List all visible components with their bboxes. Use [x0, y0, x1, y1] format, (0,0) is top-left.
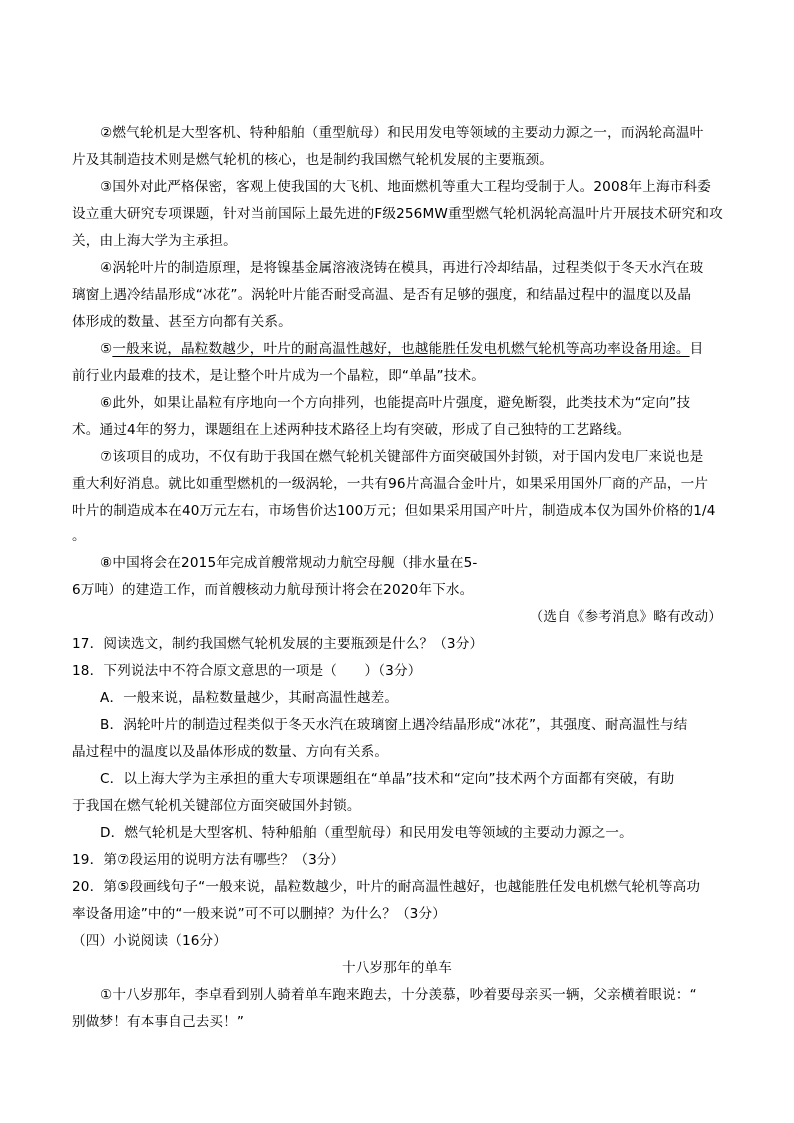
article-line: ②燃气轮机是大型客机、特种船舶（重型航母）和民用发电等领域的主要动力源之一，而涡… — [72, 123, 750, 143]
option-b: B．涡轮叶片的制造过程类似于冬天水汽在玻璃窗上遇冷结晶形成“冰花”，其强度、耐高… — [72, 715, 750, 735]
paragraph-5-line2: 前行业内最难的技术，是让整个叶片成为一个晶粒，即“单晶”技术。 — [72, 366, 722, 386]
article-line: 叶片的制造成本在40万元左右，市场售价达100万元；但如果采用国产叶片，制造成本… — [72, 501, 722, 521]
article-line: 片及其制造技术则是燃气轮机的核心，也是制约我国燃气轮机发展的主要瓶颈。 — [72, 150, 722, 170]
paragraph-marker: ⑤ — [100, 341, 112, 357]
article-line: 璃窗上遇冷结晶形成“冰花”。涡轮叶片能否耐受高温、是否有足够的强度，和结晶过程中… — [72, 285, 722, 305]
paragraph-tail: 目 — [690, 341, 704, 357]
option-d: D．燃气轮机是大型客机、特种船舶（重型航母）和民用发电等领域的主要动力源之一。 — [72, 823, 750, 843]
option-c: C．以上海大学为主承担的重大专项课题组在“单晶”技术和“定向”技术两个方面都有突… — [72, 769, 750, 789]
story-paragraph-1: ①十八岁那年，李卓看到别人骑着单车跑来跑去，十分羡慕，吵着要母亲买一辆，父亲横着… — [72, 985, 750, 1005]
question-20: 20．第⑤段画线句子“一般来说，晶粒数越少，叶片的耐高温性越好，也越能胜任发电机… — [72, 877, 722, 897]
article-line: 6万吨）的建造工作，而首艘核动力航母预计将会在2020年下水。 — [72, 580, 722, 600]
source-citation: （选自《参考消息》略有改动） — [72, 607, 722, 627]
article-line: 关，由上海大学为主承担。 — [72, 231, 722, 251]
article-line: 重大利好消息。就比如重型燃机的一级涡轮，一共有96片高温合金叶片，如果采用国外厂… — [72, 474, 722, 494]
article-line: 术。通过4年的努力，课题组在上述两种技术路径上均有突破，形成了自己独特的工艺路线… — [72, 420, 722, 440]
option-c-cont: 于我国在燃气轮机关键部位方面突破国外封锁。 — [72, 796, 722, 816]
article-line: ⑧中国将会在2015年完成首艘常规动力航空母舰（排水量在5- — [72, 553, 750, 573]
question-20-cont: 率设备用途”中的“一般来说”可不可以删掉？为什么？（3分） — [72, 904, 722, 924]
article-line: ④涡轮叶片的制造原理，是将镍基金属溶液浇铸在模具，再进行冷却结晶，过程类似于冬天… — [72, 258, 750, 278]
underlined-sentence: 一般来说，晶粒数越少，叶片的耐高温性越好，也越能胜任发电机燃气轮机等高功率设备用… — [112, 341, 689, 357]
story-title: 十八岁那年的单车 — [72, 958, 722, 978]
article-line: 体形成的数量、甚至方向都有关系。 — [72, 312, 722, 332]
article-line: 。 — [72, 526, 722, 546]
article-line: ③国外对此严格保密，客观上使我国的大飞机、地面燃机等重大工程均受制于人。2008… — [72, 177, 750, 197]
option-a: A．一般来说，晶粒数量越少，其耐高温性越差。 — [72, 688, 750, 708]
question-17: 17．阅读选文，制约我国燃气轮机发展的主要瓶颈是什么？（3分） — [72, 634, 722, 654]
option-b-cont: 晶过程中的温度以及晶体形成的数量、方向有关系。 — [72, 742, 722, 762]
article-line: ⑦该项目的成功，不仅有助于我国在燃气轮机关键部件方面突破国外封锁，对于国内发电厂… — [72, 447, 750, 467]
story-paragraph-1-cont: 别做梦！有本事自己去买！” — [72, 1012, 722, 1032]
article-line: 设立重大研究专项课题，针对当前国际上最先进的F级256MW重型燃气轮机涡轮高温叶… — [72, 204, 722, 224]
question-19: 19．第⑦段运用的说明方法有哪些？（3分） — [72, 850, 722, 870]
paragraph-5-line1: ⑤一般来说，晶粒数越少，叶片的耐高温性越好，也越能胜任发电机燃气轮机等高功率设备… — [72, 339, 750, 359]
section-heading: （四）小说阅读（16分） — [72, 931, 722, 951]
question-18: 18．下列说法中不符合原文意思的一项是（ ）（3分） — [72, 661, 722, 681]
article-line: ⑥此外，如果让晶粒有序地向一个方向排列，也能提高叶片强度，避免断裂，此类技术为“… — [72, 393, 750, 413]
